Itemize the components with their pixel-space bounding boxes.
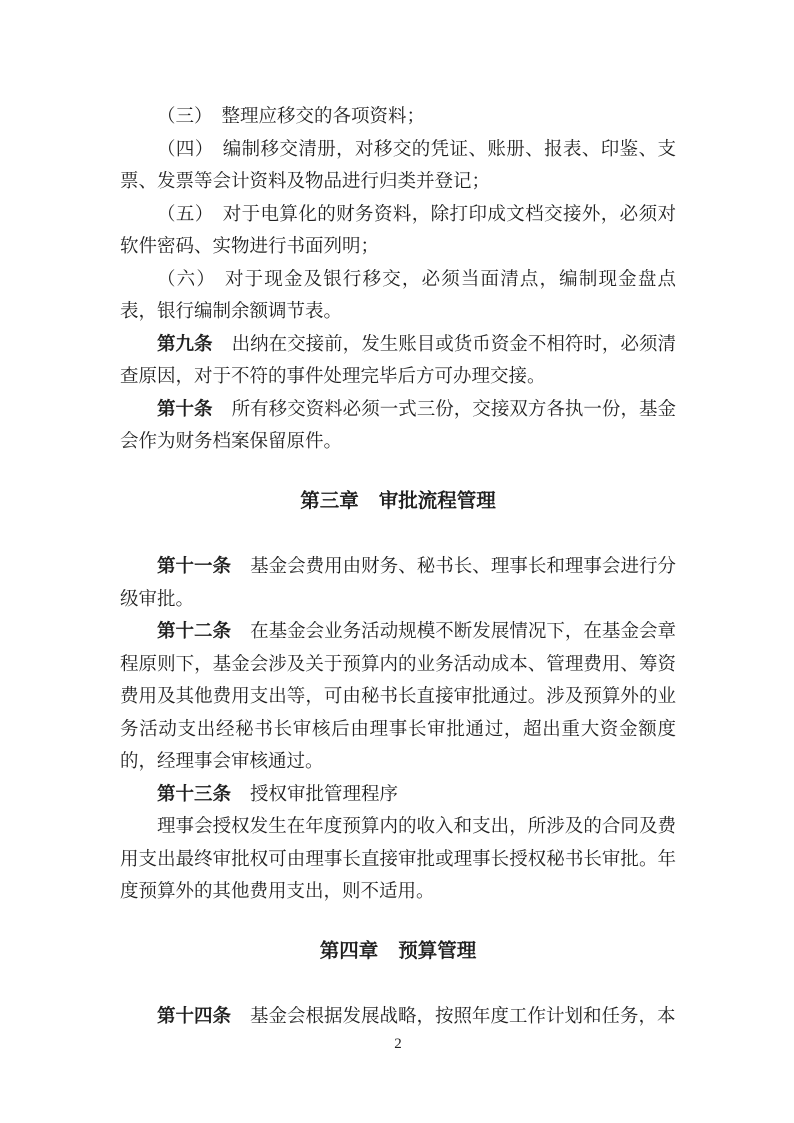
- paragraph-text: 整理应移交的各项资料；: [222, 107, 426, 127]
- list-item-label: （三）: [157, 107, 213, 127]
- list-item-label: （五）: [157, 205, 214, 225]
- chapter-heading: 第三章审批流程管理: [120, 486, 676, 519]
- list-paragraph: （四）编制移交清册，对移交的凭证、账册、报表、印鉴、支票、发票等会计资料及物品进…: [120, 134, 676, 199]
- article-label: 第十一条: [157, 557, 231, 577]
- body-paragraph: 理事会授权发生在年度预算内的收入和支出，所涉及的合同及费用支出最终审批权可由理事…: [120, 811, 676, 909]
- page-number: 2: [394, 1036, 402, 1052]
- paragraph-text: 理事会授权发生在年度预算内的收入和支出，所涉及的合同及费用支出最终审批权可由理事…: [120, 817, 676, 902]
- document-body: （三）整理应移交的各项资料； （四）编制移交清册，对移交的凭证、账册、报表、印鉴…: [120, 101, 676, 1034]
- document-page: （三）整理应移交的各项资料； （四）编制移交清册，对移交的凭证、账册、报表、印鉴…: [0, 0, 794, 1123]
- chapter-number: 第四章: [320, 941, 379, 962]
- article-paragraph: 第十条所有移交资料必须一式三份，交接双方各执一份，基金会作为财务档案保留原件。: [120, 394, 676, 459]
- article-paragraph: 第十一条基金会费用由财务、秘书长、理事长和理事会进行分级审批。: [120, 551, 676, 616]
- article-paragraph: 第十四条基金会根据发展战略，按照年度工作计划和任务，本: [120, 1001, 676, 1034]
- list-paragraph: （三）整理应移交的各项资料；: [120, 101, 676, 134]
- article-paragraph: 第十二条在基金会业务活动规模不断发展情况下，在基金会章程原则下，基金会涉及关于预…: [120, 616, 676, 779]
- article-paragraph: 第九条出纳在交接前，发生账目或货币资金不相符时，必须清查原因，对于不符的事件处理…: [120, 329, 676, 394]
- paragraph-text: 授权审批管理程序: [250, 785, 398, 805]
- list-item-label: （六）: [157, 270, 216, 290]
- article-label: 第九条: [157, 335, 213, 355]
- article-label: 第十条: [157, 400, 213, 420]
- chapter-heading: 第四章预算管理: [120, 936, 676, 969]
- paragraph-text: 基金会根据发展战略，按照年度工作计划和任务，本: [250, 1007, 676, 1027]
- chapter-number: 第三章: [300, 491, 359, 512]
- paragraph-text: 在基金会业务活动规模不断发展情况下，在基金会章程原则下，基金会涉及关于预算内的业…: [120, 622, 676, 772]
- article-label: 第十三条: [157, 785, 231, 805]
- chapter-title: 预算管理: [398, 941, 476, 962]
- list-item-label: （四）: [157, 140, 214, 160]
- list-paragraph: （六）对于现金及银行移交，必须当面清点，编制现金盘点表，银行编制余额调节表。: [120, 264, 676, 329]
- page-footer: 2: [120, 1036, 676, 1053]
- list-paragraph: （五）对于电算化的财务资料，除打印成文档交接外，必须对软件密码、实物进行书面列明…: [120, 199, 676, 264]
- article-paragraph: 第十三条授权审批管理程序: [120, 779, 676, 812]
- chapter-title: 审批流程管理: [379, 491, 496, 512]
- article-label: 第十二条: [157, 622, 231, 642]
- article-label: 第十四条: [157, 1007, 231, 1027]
